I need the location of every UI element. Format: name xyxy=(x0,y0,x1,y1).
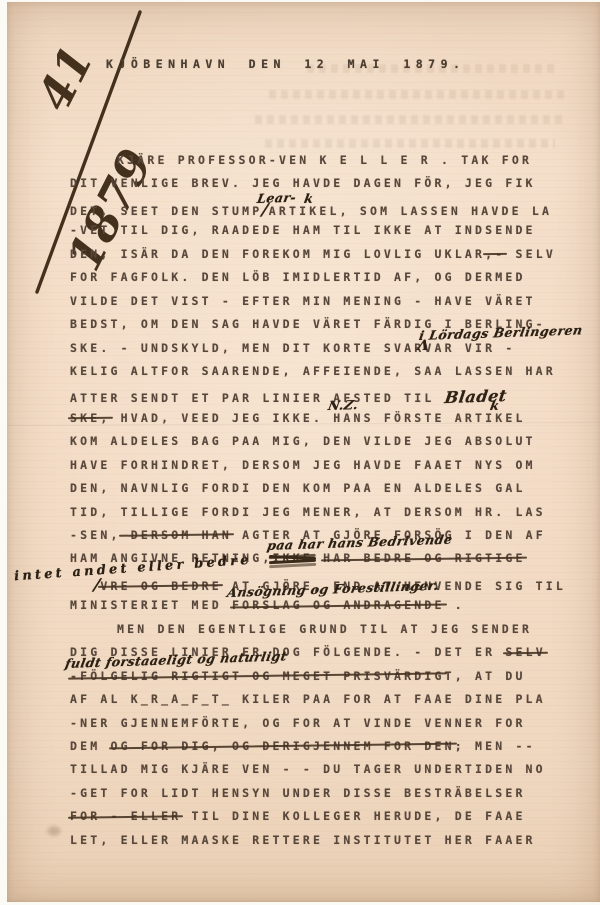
struck-text: ,- xyxy=(485,247,505,261)
typed-text: -VET TIL DIG, RAADEDE HAM TIL IKKE AT IN… xyxy=(70,223,536,237)
ink-smudge xyxy=(45,824,63,838)
letter-line: HAVE FORHINDRET, DERSOM JEG HAVDE FAAET … xyxy=(70,458,590,481)
typed-text: KELIG ALTFOR SAARENDE, AFFEIENDE, SAA LA… xyxy=(70,364,556,378)
registry-top-number: 41 xyxy=(27,37,104,119)
typed-text: SKE. - UNDSKYLD, MEN DIT KORTE SVAR xyxy=(70,341,424,355)
letter-line: fuldt forstaaeligt og naturligt-FÖLGELIG… xyxy=(70,669,590,692)
letter-line: -GET FOR LIDT HENSYN UNDER DISSE BESTRÄB… xyxy=(70,786,590,809)
struck-text: OG FOR DIG, OG DERIGJENNEM FOR DEN xyxy=(111,739,455,753)
letter-line: -VET TIL DIG, RAADEDE HAM TIL IKKE AT IN… xyxy=(70,223,590,246)
letter-line: DEM OG FOR DIG, OG DERIGJENNEM FOR DEN; … xyxy=(70,739,590,762)
typed-text: MEN DEN EGENTLIGE GRUND TIL AT JEG SENDE… xyxy=(117,622,532,636)
letter-line: DEN, NAVNLIG FORDI DEN KOM PAA EN ALDELE… xyxy=(70,481,590,504)
typed-text: HANS FÖRSTE ARTI xyxy=(333,411,495,425)
typed-text: TIL DINE KOLLEGER HERUDE, DE FAAE xyxy=(181,809,525,823)
typed-text: KEL xyxy=(495,411,525,425)
typed-text: . xyxy=(445,598,465,612)
letter-line: KELIG ALTFOR SAARENDE, AFFEIENDE, SAA LA… xyxy=(70,364,590,387)
typed-text: VAR VIR - xyxy=(424,341,515,355)
scanned-letter-page: { "document": { "registry": { "top": "41… xyxy=(0,0,600,905)
typed-text: VILDE DET VIST - EFTER MIN MENING - HAVE… xyxy=(70,294,536,308)
struck-text: DERSOM HAN xyxy=(121,528,232,542)
letter-line: TID, TILLIGE FORDI JEG MENER, AT DERSOM … xyxy=(70,505,590,528)
typed-text: LET, ELLER MAASKE RETTERE INSTITUTET HER… xyxy=(70,833,536,847)
typed-text: -NER GJENNEMFÖRTE, OG FOR AT VINDE VENNE… xyxy=(70,716,526,730)
handwritten-annotation-text: N.Z. xyxy=(327,397,360,413)
struck-text: FOR - ELLER xyxy=(70,809,181,823)
letter-line: AF AL K_R_A_F_T_ KILER PAA FOR AT FAAE D… xyxy=(70,692,590,715)
typed-text: MINISTERIET MED xyxy=(70,598,232,612)
bleed-through-line xyxy=(255,115,563,124)
typed-text: ; MEN -- xyxy=(455,739,536,753)
typed-text: -SEN, xyxy=(70,528,121,542)
bleed-through-line xyxy=(269,90,564,99)
typed-text: TILLAD MIG KJÄRE VEN - - DU TAGER UNDERT… xyxy=(70,762,546,776)
letter-line: DET, SEET DEN STUMPLear-/ARTIkKEL, SOM L… xyxy=(70,200,590,223)
typed-text: T, AT DU xyxy=(445,669,526,683)
typed-text: KEL, SOM LASSEN HAVDE LA xyxy=(309,204,552,218)
letter-line: SKE, HVAD, VEED JEG IKKE. N.Z.HANS FÖRST… xyxy=(70,411,590,434)
letter-line: VILDE DET VIST - EFTER MIN MENING - HAVE… xyxy=(70,294,590,317)
letter-line: FOR FAGFOLK. DEN LÖB IMIDLERTID AF, OG D… xyxy=(70,270,590,293)
letter-line: DIT VENLIGE BREV. JEG HAVDE DAGEN FÖR, J… xyxy=(70,176,590,199)
typed-text: DIT VENLIGE BREV. JEG HAVDE DAGEN FÖR, J… xyxy=(70,176,536,190)
typed-text: ATTER SENDT ET PAR LINIER AFSTED TIL xyxy=(70,391,445,405)
scribbled-text: IKKE xyxy=(272,551,313,565)
letter-line: LET, ELLER MAASKE RETTERE INSTITUTET HER… xyxy=(70,833,590,856)
typed-text: -GET FOR LIDT HENSYN UNDER DISSE BESTRÄB… xyxy=(70,786,526,800)
struck-text: HAR BEDRE OG RIGTIGE xyxy=(323,551,525,565)
typed-text: DEN, ISÄR DA DEN FOREKOM MIG LOVLIG UKLA… xyxy=(70,247,485,261)
letter-line: MINISTERIET MED Ansögning og Forestillin… xyxy=(70,598,590,621)
letter-paper: 41 1879 KJÖBENHAVN DEN 12 MAI 1879. KJÄR… xyxy=(7,2,600,902)
letter-line: -NER GJENNEMFÖRTE, OG FOR AT VINDE VENNE… xyxy=(70,716,590,739)
letter-line: FOR - ELLER TIL DINE KOLLEGER HERUDE, DE… xyxy=(70,809,590,832)
typed-text: KOM ALDELES BAG PAA MIG, DEN VILDE JEG A… xyxy=(70,434,536,448)
typed-text: DET, SEET DEN STUMP xyxy=(70,204,262,218)
typed-text: HVAD, VEED JEG IKKE. xyxy=(111,411,334,425)
letter-line: SKE. - UNDSKYLD, MEN DIT KORTE SVARi Lör… xyxy=(70,341,590,364)
letter-line: DEN, ISÄR DA DEN FOREKOM MIG LOVLIG UKLA… xyxy=(70,247,590,270)
struck-text: SELV xyxy=(505,645,546,659)
letter-line: KOM ALDELES BAG PAA MIG, DEN VILDE JEG A… xyxy=(70,434,590,457)
typed-text: HAVE FORHINDRET, DERSOM JEG HAVDE FAAET … xyxy=(70,458,536,472)
letter-line: TILLAD MIG KJÄRE VEN - - DU TAGER UNDERT… xyxy=(70,762,590,785)
typed-text: TID, TILLIGE FORDI JEG MENER, AT DERSOM … xyxy=(70,505,546,519)
dateline: KJÖBENHAVN DEN 12 MAI 1879. xyxy=(106,57,465,71)
struck-text: FORSLAG OG ANDRAGENDE xyxy=(232,598,445,612)
typed-text: AF AL K_R_A_F_T_ KILER PAA FOR AT FAAE D… xyxy=(70,692,546,706)
letter-lines: KJÄRE PROFESSOR-VEN K E L L E R . TAK FO… xyxy=(70,153,590,856)
typed-text: DEM xyxy=(70,739,111,753)
bleed-through-line xyxy=(265,139,555,148)
typed-text: KJÄRE PROFESSOR-VEN K E L L E R . TAK FO… xyxy=(117,153,532,167)
letter-line: MEN DEN EGENTLIGE GRUND TIL AT JEG SENDE… xyxy=(70,622,590,645)
typed-text: FOR FAGFOLK. DEN LÖB IMIDLERTID AF, OG D… xyxy=(70,270,526,284)
struck-text: VRE OG BEDRE xyxy=(100,579,221,593)
typed-text: SELV xyxy=(505,247,556,261)
struck-text: SKE, xyxy=(70,411,111,425)
struck-text: -FÖLGELIG RIGTIGT OG MEGET PRISVÄRDIG xyxy=(70,669,445,683)
letter-line: KJÄRE PROFESSOR-VEN K E L L E R . TAK FO… xyxy=(70,153,590,176)
handwritten-annotation-text: Λ xyxy=(417,338,430,354)
typed-text: DEN, NAVNLIG FORDI DEN KOM PAA EN ALDELE… xyxy=(70,481,526,495)
